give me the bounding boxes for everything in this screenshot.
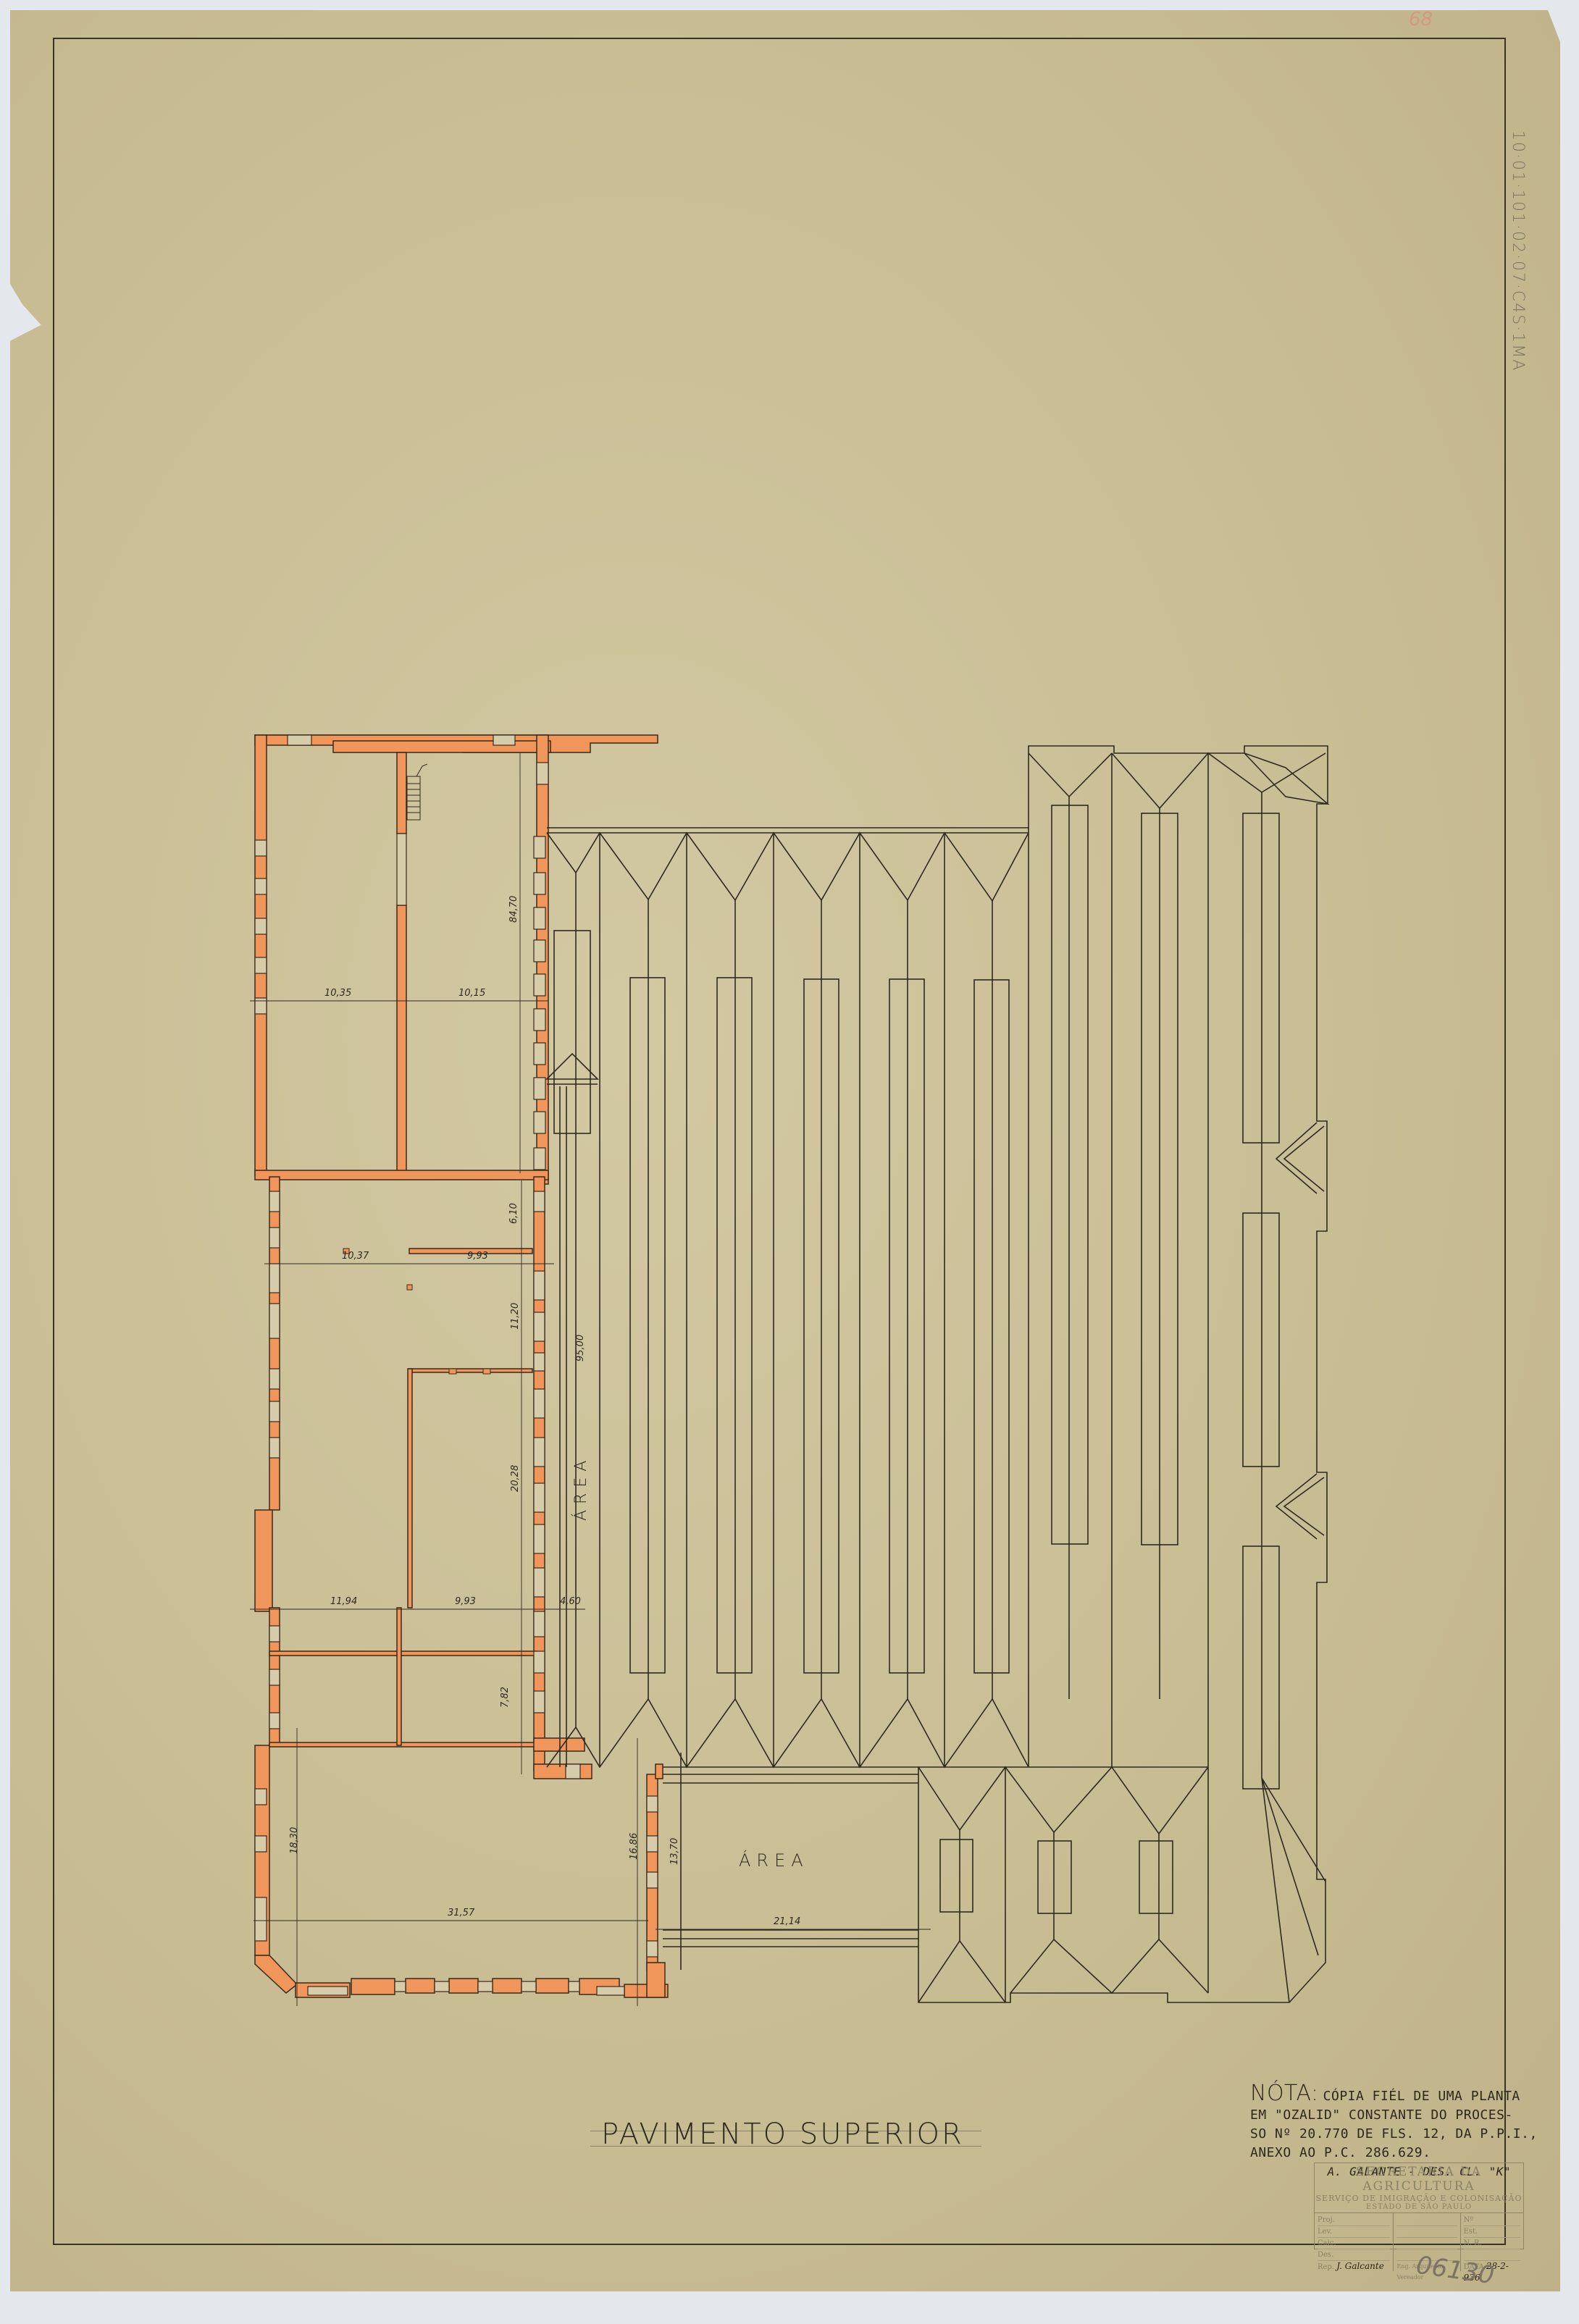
dimension-height-6: 6,10 [508, 1203, 519, 1224]
dimension-height-7: 7,82 [500, 1687, 511, 1708]
note-line-3: SO Nº 20.770 DE FLS. 12, DA P.P.I., [1250, 2125, 1540, 2144]
dimension-top-right-room: 10,15 [458, 988, 485, 999]
archive-code: 10·01·101·02·07·C4S·1MA [1509, 130, 1527, 372]
stamp-field-number: Nº [1464, 2215, 1520, 2226]
note-label: NÓTA: [1250, 2081, 1319, 2106]
floor-plan [0, 0, 1579, 2324]
stamp-servico: SERVIÇO DE IMIGRAÇÃO E COLONISAÇÃO [1315, 2194, 1523, 2203]
note-line-2: EM "OZALID" CONSTANTE DO PROCES- [1250, 2106, 1540, 2125]
area-label-courtyard: ÁREA [739, 1850, 809, 1871]
dimension-area-height: 13,70 [669, 1838, 680, 1865]
dimension-hall-height-left: 18,30 [289, 1827, 300, 1854]
note-line-1: CÓPIA FIÉL DE UMA PLANTA [1323, 2089, 1520, 2104]
stamp-field-rep: Rep. [1318, 2263, 1334, 2271]
dimension-height-20: 20,28 [510, 1465, 521, 1492]
stamp-field-calc: Calc. [1318, 2238, 1390, 2249]
dimension-overall-length: 84,70 [508, 896, 519, 923]
title-block-stamp: SECRETARIA DA AGRICULTURA SERVIÇO DE IMI… [1314, 2163, 1524, 2249]
sheet-number: 68 [1409, 9, 1433, 30]
dimension-hall-width: 31,57 [448, 1908, 474, 1918]
dimension-middle-right: 9,93 [467, 1251, 488, 1262]
dimension-lower-mid: 9,93 [455, 1596, 476, 1607]
rep-signature: J. Galcante [1336, 2261, 1384, 2271]
stamp-field-nr: N. R. [1464, 2238, 1520, 2249]
stamp-estado: ESTADO DE SÃO PAULO [1315, 2203, 1523, 2213]
area-label-corridor: ÁREA [572, 1455, 590, 1521]
dimension-middle-left: 10,37 [342, 1251, 369, 1262]
dimension-height-11: 11,20 [510, 1303, 521, 1330]
stamp-fields-left: Proj. Lev. Calc. Des. Rep. J. Galcante [1315, 2213, 1394, 2271]
dimension-hall-height-right: 16,86 [629, 1833, 640, 1860]
dimension-lower-corridor: 4,60 [560, 1596, 581, 1607]
window-openings [255, 735, 658, 1995]
dimension-top-left-room: 10,35 [324, 988, 351, 999]
left-wing-walls [255, 735, 668, 1997]
stamp-secretaria: SECRETARIA DA AGRICULTURA [1315, 2165, 1523, 2194]
stamp-field-des: Des. [1318, 2249, 1390, 2261]
roof-plan [547, 746, 1328, 2002]
stamp-field-proj: Proj. [1318, 2215, 1390, 2226]
stair [407, 764, 427, 820]
note-line-4: ANEXO AO P.C. 286.629. [1250, 2144, 1540, 2163]
dimension-corridor-length: 95,00 [575, 1335, 586, 1362]
drawing-title: PAVIMENTO SUPERIOR [601, 2118, 964, 2151]
dimension-lower-left: 11,94 [330, 1596, 357, 1607]
dimension-area-width: 21,14 [774, 1916, 800, 1927]
stamp-field-lev: Lev. [1318, 2226, 1390, 2238]
stamp-field-est: Est. [1464, 2226, 1520, 2238]
